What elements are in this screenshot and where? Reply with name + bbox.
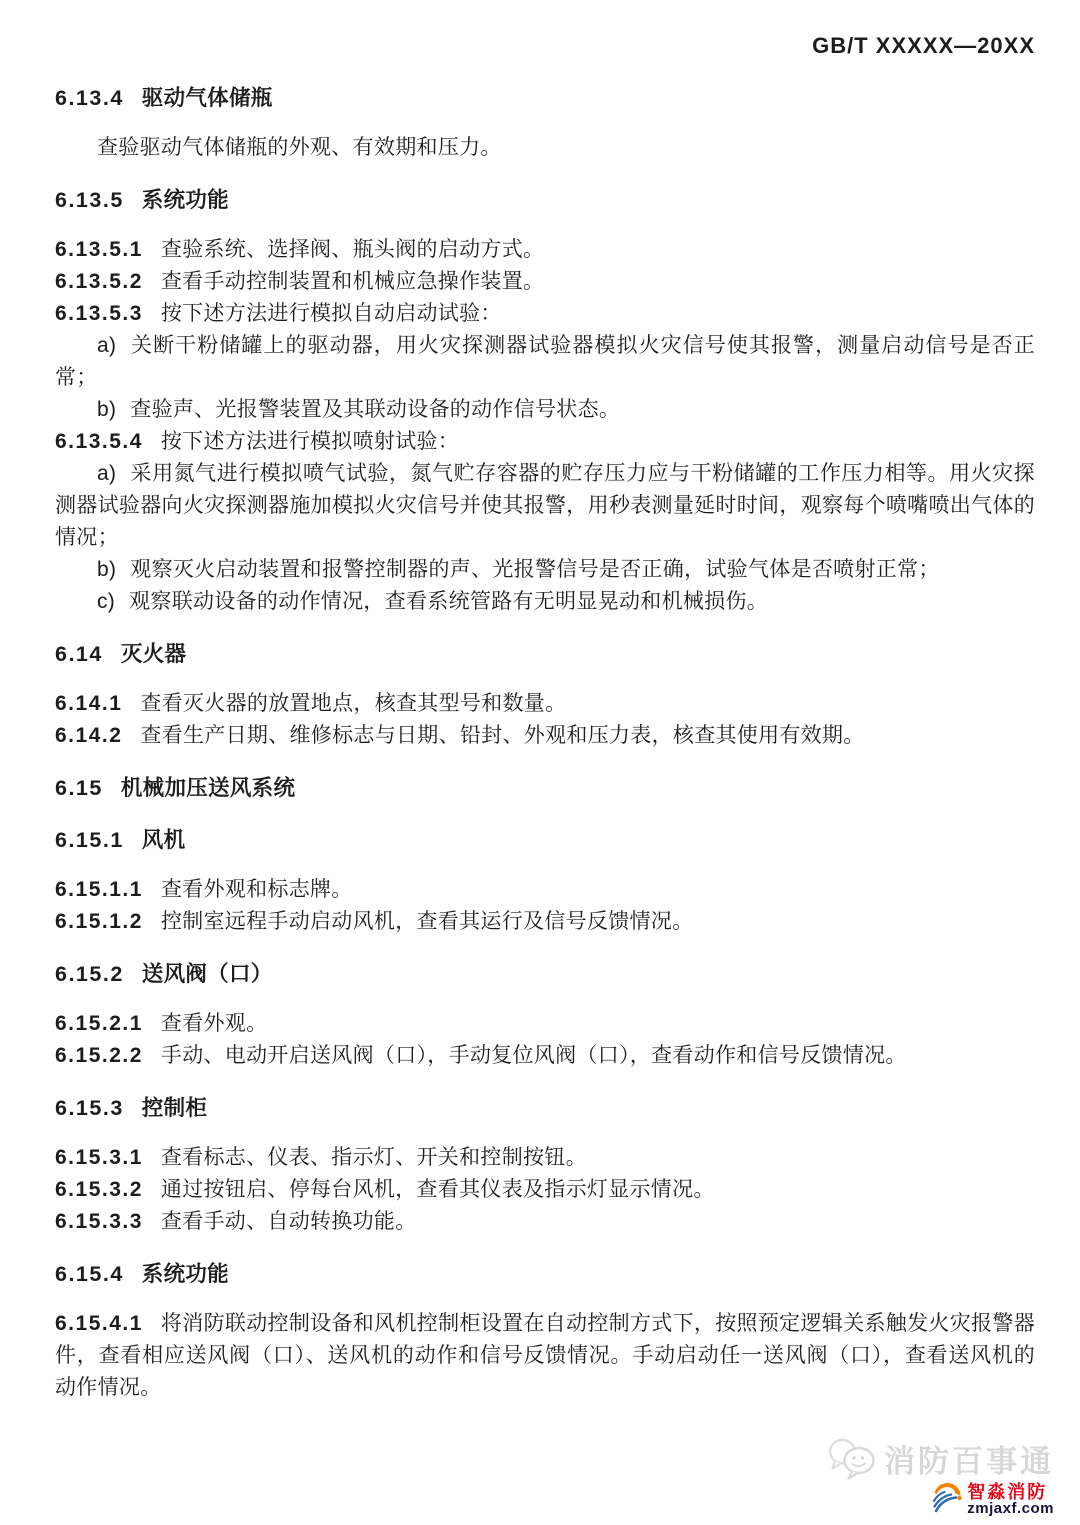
- paragraph-text: 关断干粉储罐上的驱动器，用火灾探测器试验器模拟火灾信号使其报警，测量启动信号是否…: [55, 334, 1035, 389]
- paragraph-text: 查验声、光报警装置及其联动设备的动作信号状态。: [130, 398, 620, 421]
- logo-text-block: 智淼消防 zmjaxf.com: [967, 1484, 1054, 1516]
- paragraph-text: 查看外观。: [161, 1012, 268, 1035]
- paragraph-text: 按下述方法进行模拟喷射试验：: [161, 430, 459, 453]
- item-label: a): [97, 334, 116, 357]
- clause-number: 6.15.1.2: [55, 910, 143, 933]
- clause-number: 6.15.3.3: [55, 1210, 143, 1233]
- list-item: a)采用氮气进行模拟喷气试验，氮气贮存容器的贮存压力应与干粉储罐的工作压力相等。…: [55, 458, 1035, 554]
- chat-bubbles-icon: [828, 1437, 880, 1486]
- clause-paragraph: 6.15.2.1查看外观。: [55, 1008, 1035, 1040]
- clause-paragraph: 6.13.5.3按下述方法进行模拟自动启动试验：: [55, 298, 1035, 330]
- clause-number: 6.14.2: [55, 724, 122, 747]
- list-item: b)查验声、光报警装置及其联动设备的动作信号状态。: [55, 394, 1035, 426]
- clause-number: 6.15.4: [55, 1262, 124, 1286]
- clause-paragraph: 6.13.5.4按下述方法进行模拟喷射试验：: [55, 426, 1035, 458]
- clause-number: 6.13.5.1: [55, 238, 143, 261]
- clause-paragraph: 6.15.3.3查看手动、自动转换功能。: [55, 1206, 1035, 1238]
- clause-paragraph: 6.15.2.2手动、电动开启送风阀（口），手动复位风阀（口），查看动作和信号反…: [55, 1040, 1035, 1072]
- paragraph-text: 观察联动设备的动作情况，查看系统管路有无明显晃动和机械损伤。: [129, 590, 768, 613]
- paragraph-text: 控制室远程手动启动风机，查看其运行及信号反馈情况。: [161, 910, 694, 933]
- section-title: 系统功能: [142, 188, 229, 212]
- section-title: 控制柜: [142, 1096, 207, 1120]
- clause-paragraph: 6.13.5.1查验系统、选择阀、瓶头阀的启动方式。: [55, 234, 1035, 266]
- clause-paragraph: 6.15.1.2控制室远程手动启动风机，查看其运行及信号反馈情况。: [55, 906, 1035, 938]
- item-label: a): [97, 462, 116, 485]
- section-title: 灭火器: [121, 642, 186, 666]
- clause-number: 6.14.1: [55, 692, 122, 715]
- document-page: GB/T XXXXX—20XX 6.13.4驱动气体储瓶查验驱动气体储瓶的外观、…: [0, 0, 1080, 1404]
- section-title: 机械加压送风系统: [121, 776, 295, 800]
- clause-number: 6.15.2: [55, 962, 124, 986]
- clause-paragraph: 6.15.3.1查看标志、仪表、指示灯、开关和控制按钮。: [55, 1142, 1035, 1174]
- logo-row: 智淼消防 zmjaxf.com: [932, 1480, 1054, 1519]
- paragraph-text: 查看手动、自动转换功能。: [161, 1210, 417, 1233]
- clause-number: 6.15.1: [55, 828, 124, 852]
- body-paragraph: 查验驱动气体储瓶的外观、有效期和压力。: [55, 132, 1035, 164]
- section-title: 送风阀（口）: [142, 962, 273, 986]
- clause-number: 6.14: [55, 642, 103, 666]
- watermark-brand-text: 消防百事通: [884, 1443, 1054, 1481]
- clause-paragraph: 6.14.1查看灭火器的放置地点，核查其型号和数量。: [55, 688, 1035, 720]
- paragraph-text: 查看生产日期、维修标志与日期、铅封、外观和压力表，核查其使用有效期。: [140, 724, 864, 747]
- item-label: b): [97, 558, 116, 581]
- clause-number: 6.15.3.2: [55, 1178, 143, 1201]
- document-body: 6.13.4驱动气体储瓶查验驱动气体储瓶的外观、有效期和压力。6.13.5系统功…: [55, 82, 1035, 1404]
- section-heading: 6.15.3控制柜: [55, 1092, 1035, 1124]
- section-heading: 6.15.1风机: [55, 824, 1035, 856]
- clause-number: 6.15.1.1: [55, 878, 143, 901]
- paragraph-text: 观察灭火启动装置和报警控制器的声、光报警信号是否正确，试验气体是否喷射正常；: [130, 558, 939, 581]
- standard-code-header: GB/T XXXXX—20XX: [55, 30, 1035, 62]
- watermark-row: 消防百事通: [828, 1437, 1054, 1486]
- clause-number: 6.15.4.1: [55, 1312, 143, 1335]
- clause-paragraph: 6.15.3.2通过按钮启、停每台风机，查看其仪表及指示灯显示情况。: [55, 1174, 1035, 1206]
- clause-paragraph: 6.15.1.1查看外观和标志牌。: [55, 874, 1035, 906]
- clause-number: 6.13.5: [55, 188, 124, 212]
- clause-number: 6.15.2.2: [55, 1044, 143, 1067]
- section-heading: 6.13.5系统功能: [55, 184, 1035, 216]
- section-title: 系统功能: [142, 1262, 229, 1286]
- item-label: b): [97, 398, 116, 421]
- logo-brand-name: 智淼消防: [967, 1484, 1047, 1501]
- clause-paragraph: 6.14.2查看生产日期、维修标志与日期、铅封、外观和压力表，核查其使用有效期。: [55, 720, 1035, 752]
- list-item: b)观察灭火启动装置和报警控制器的声、光报警信号是否正确，试验气体是否喷射正常；: [55, 554, 1035, 586]
- section-title: 风机: [142, 828, 186, 852]
- paragraph-text: 查看灭火器的放置地点，核查其型号和数量。: [140, 692, 566, 715]
- paragraph-text: 采用氮气进行模拟喷气试验，氮气贮存容器的贮存压力应与干粉储罐的工作压力相等。用火…: [55, 462, 1035, 549]
- section-heading: 6.15.4系统功能: [55, 1258, 1035, 1290]
- paragraph-text: 通过按钮启、停每台风机，查看其仪表及指示灯显示情况。: [161, 1178, 715, 1201]
- item-label: c): [97, 590, 115, 613]
- clause-paragraph: 6.15.4.1将消防联动控制设备和风机控制柜设置在自动控制方式下，按照预定逻辑…: [55, 1308, 1035, 1404]
- logo-domain-text: zmjaxf.com: [967, 1501, 1054, 1516]
- section-heading: 6.13.4驱动气体储瓶: [55, 82, 1035, 114]
- swoosh-globe-icon: [932, 1480, 964, 1519]
- section-title: 驱动气体储瓶: [142, 86, 273, 110]
- paragraph-text: 查看外观和标志牌。: [161, 878, 353, 901]
- clause-number: 6.15.3.1: [55, 1146, 143, 1169]
- clause-number: 6.13.5.4: [55, 430, 143, 453]
- clause-number: 6.13.5.3: [55, 302, 143, 325]
- paragraph-text: 按下述方法进行模拟自动启动试验：: [161, 302, 502, 325]
- section-heading: 6.15机械加压送风系统: [55, 772, 1035, 804]
- clause-paragraph: 6.13.5.2查看手动控制装置和机械应急操作装置。: [55, 266, 1035, 298]
- footer-watermark-area: 消防百事通 智淼消防 zmjaxf.com: [828, 1437, 1054, 1519]
- clause-number: 6.13.4: [55, 86, 124, 110]
- section-heading: 6.15.2送风阀（口）: [55, 958, 1035, 990]
- clause-number: 6.15: [55, 776, 103, 800]
- paragraph-text: 查看标志、仪表、指示灯、开关和控制按钮。: [161, 1146, 587, 1169]
- paragraph-text: 手动、电动开启送风阀（口），手动复位风阀（口），查看动作和信号反馈情况。: [161, 1044, 907, 1067]
- paragraph-text: 将消防联动控制设备和风机控制柜设置在自动控制方式下，按照预定逻辑关系触发火灾报警…: [55, 1312, 1035, 1399]
- clause-number: 6.13.5.2: [55, 270, 143, 293]
- paragraph-text: 查验驱动气体储瓶的外观、有效期和压力。: [97, 136, 502, 159]
- list-item: c)观察联动设备的动作情况，查看系统管路有无明显晃动和机械损伤。: [55, 586, 1035, 618]
- list-item: a)关断干粉储罐上的驱动器，用火灾探测器试验器模拟火灾信号使其报警，测量启动信号…: [55, 330, 1035, 394]
- paragraph-text: 查看手动控制装置和机械应急操作装置。: [161, 270, 544, 293]
- clause-number: 6.15.3: [55, 1096, 124, 1120]
- section-heading: 6.14灭火器: [55, 638, 1035, 670]
- paragraph-text: 查验系统、选择阀、瓶头阀的启动方式。: [161, 238, 544, 261]
- clause-number: 6.15.2.1: [55, 1012, 143, 1035]
